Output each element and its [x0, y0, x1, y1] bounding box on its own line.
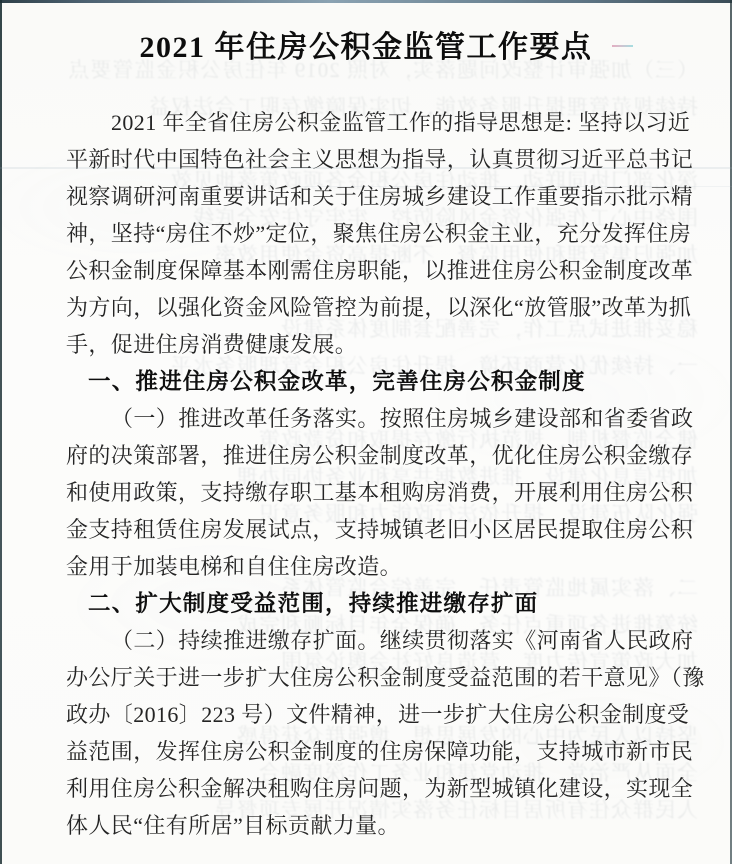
document-lines: 2021 年全省住房公积金监管工作的指导思想是: 坚持以习近平新时代中国特色社会…	[66, 104, 686, 844]
document-text-line: （二）持续推进缴存扩面。继续贯彻落实《河南省人民政府	[66, 622, 686, 659]
document-text-line: 金用于加装电梯和自住住房改造。	[66, 548, 686, 585]
document-text-line: 视察调研河南重要讲话和关于住房城乡建设工作重要指示批示精	[66, 178, 686, 215]
document-text-line: 和使用政策，支持缴存职工基本租购房消费，开展利用住房公积	[66, 474, 686, 511]
document-text-line: 府的决策部署，推进住房公积金制度改革，优化住房公积金缴存	[66, 437, 686, 474]
title-scan-dash-artifact	[612, 45, 633, 47]
document-text-line: 神，坚持“房住不炒”定位，聚焦住房公积金主业，充分发挥住房	[66, 215, 686, 252]
document-text-line: 2021 年全省住房公积金监管工作的指导思想是: 坚持以习近	[66, 104, 686, 141]
document-text-line: （一）推进改革任务落实。按照住房城乡建设部和省委省政	[66, 400, 686, 437]
document-text-line: 手，促进住房消费健康发展。	[66, 326, 686, 363]
document-text-line: 平新时代中国特色社会主义思想为指导，认真贯彻习近平总书记	[66, 141, 686, 178]
section-heading: 一、推进住房公积金改革，完善住房公积金制度	[66, 363, 686, 400]
scan-left-edge-line	[0, 0, 2, 864]
document-text-line: 益范围，发挥住房公积金制度的住房保障功能，支持城市新市民	[66, 733, 686, 770]
document-text-line: 金支持租赁住房发展试点，支持城镇老旧小区居民提取住房公积	[66, 511, 686, 548]
document-text-line: 办公厅关于进一步扩大住房公积金制度受益范围的若干意见》（豫	[66, 659, 686, 696]
document-text-line: 为方向，以强化资金风险管控为前提，以深化“放管服”改革为抓	[66, 289, 686, 326]
scan-top-edge-bar	[0, 0, 732, 3]
document-text-line: 公积金制度保障基本刚需住房职能，以推进住房公积金制度改革	[66, 252, 686, 289]
document-text-line: 利用住房公积金解决租购住房问题，为新型城镇化建设，实现全	[66, 770, 686, 807]
scanned-document-page: （三）加强审计整改问题落实，对照 2019 年住房公积金监管要点持续规范管理提升…	[0, 0, 732, 864]
document-title: 2021 年住房公积金监管工作要点	[0, 22, 732, 66]
section-heading: 二、扩大制度受益范围，持续推进缴存扩面	[66, 585, 686, 622]
scan-streak-artifact	[0, 167, 732, 169]
scan-streak-artifact	[300, 186, 732, 187]
document-text-line: 体人民“住有所居”目标贡献力量。	[66, 807, 686, 844]
document-text-line: 政办〔2016〕223 号）文件精神，进一步扩大住房公积金制度受	[66, 696, 686, 733]
